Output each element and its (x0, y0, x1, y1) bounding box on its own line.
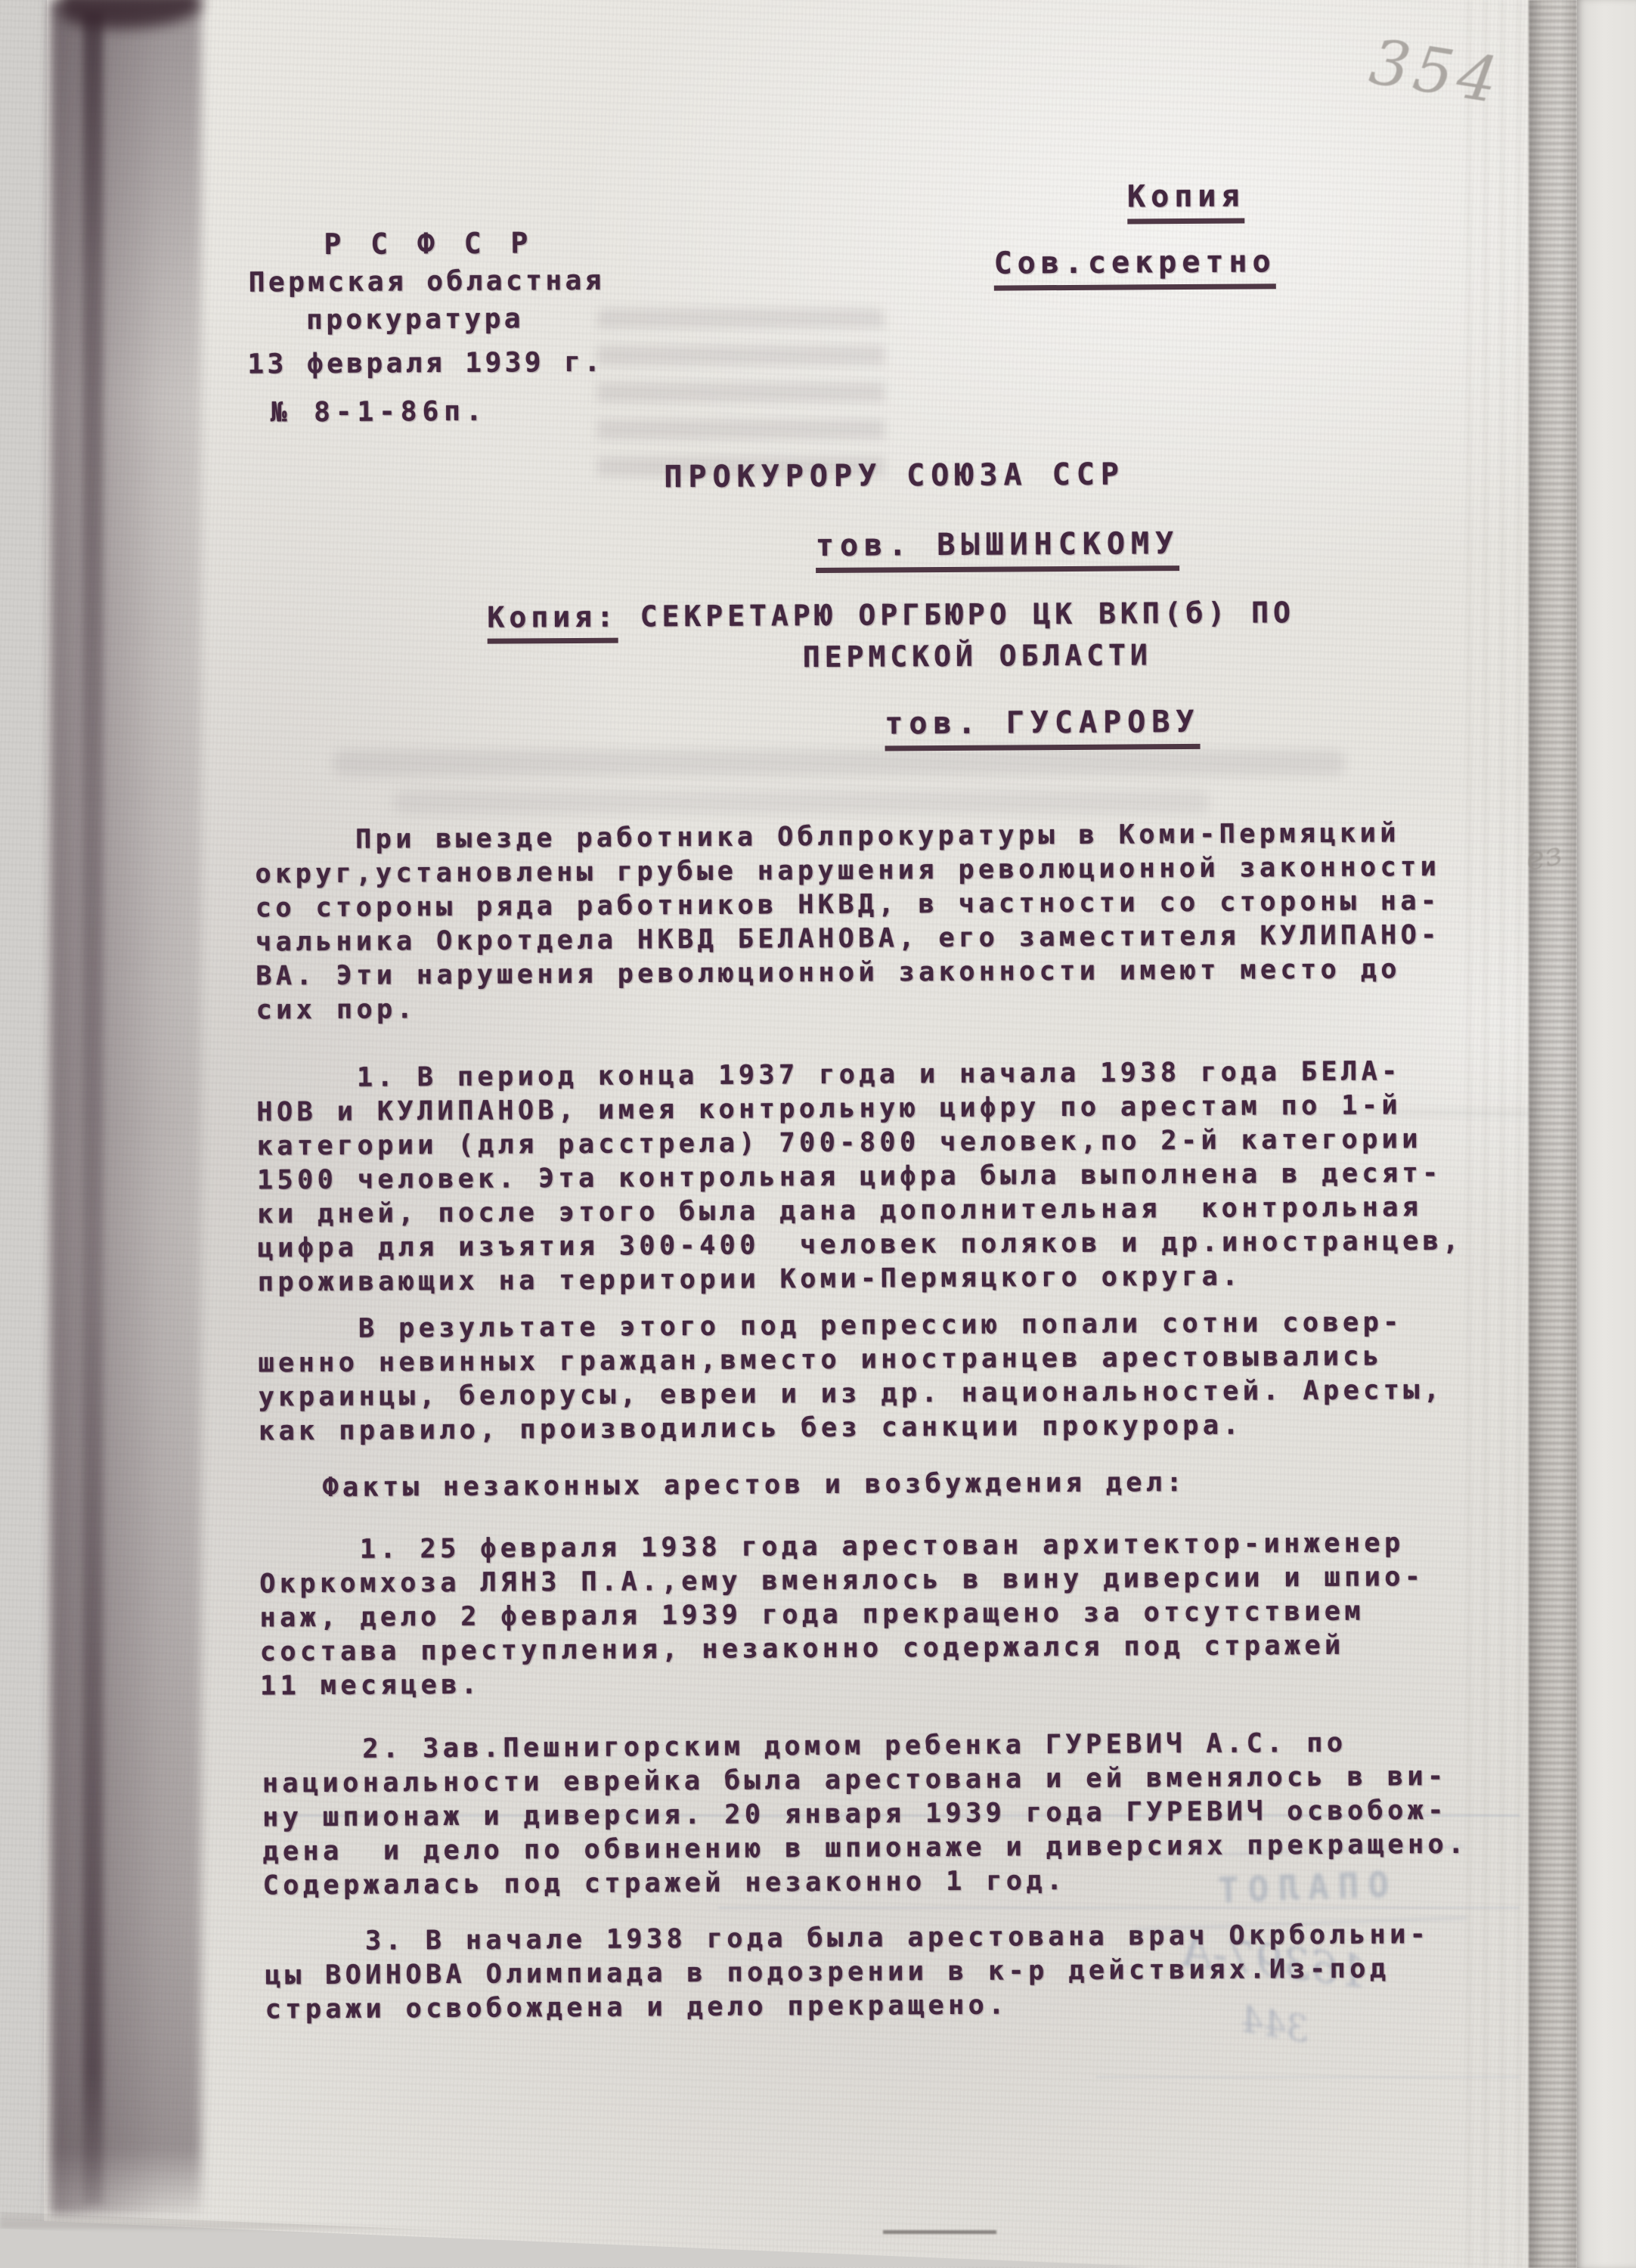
paragraph-intro: При выезде работника Облпрокуратуры в Ко… (255, 816, 1496, 1028)
copy-marking: Копия (1127, 181, 1245, 212)
paragraph-case-gurevich: 2. Зав.Пешнигорским домом ребенка ГУРЕВИ… (262, 1726, 1502, 1904)
paragraph-quotas: 1. В период конца 1937 года и начала 193… (256, 1055, 1498, 1300)
addressee-gusarov: тов. ГУСАРОВУ (885, 707, 1200, 739)
paragraph-case-lyanz: 1. 25 февраля 1938 года арестован архите… (259, 1526, 1500, 1704)
scanned-document-page: ОПАЛОТ 16397-А 344 354 ез Копия Сов.секр… (0, 0, 1636, 2268)
copy-addressee-org: СЕКРЕТАРЮ ОРГБЮРО ЦК ВКП(б) ПО (618, 596, 1295, 633)
paragraph-case-voinova: 3. В начале 1938 года была арестована вр… (265, 1917, 1505, 2027)
copy-label: Копия: (487, 600, 618, 644)
copy-addressee-line2: ПЕРМСКОЙ ОБЛАСТИ (803, 640, 1152, 671)
letterhead-republic: Р С Ф С Р (324, 228, 534, 259)
addressee-prefix: тов. (885, 705, 1006, 741)
paragraph-repressions: В результате этого под репрессию попали … (258, 1306, 1498, 1449)
letterhead-org-line2: прокуратура (306, 305, 524, 334)
addressee-name: ГУСАРОВУ (1006, 705, 1201, 741)
secrecy-marking-text: Сов.секретно (993, 244, 1275, 290)
secrecy-marking: Сов.секретно (994, 246, 1276, 278)
addressee-title: ПРОКУРОРУ СОЮЗА ССР (664, 460, 1125, 493)
addressee-vyshinsky: тов. ВЫШИНСКОМУ (816, 528, 1179, 561)
addressee-gusarov-text: тов. ГУСАРОВУ (885, 705, 1200, 751)
letterhead-doc-number: № 8-1-86п. (271, 398, 488, 427)
letterhead-org-line1: Пермская областная (249, 268, 605, 297)
copy-addressee-line1: Копия: СЕКРЕТАРЮ ОРГБЮРО ЦК ВКП(б) ПО (487, 598, 1295, 632)
addressee-prefix: тов. (816, 528, 937, 563)
facts-heading: Факты незаконных арестов и возбуждения д… (322, 1464, 1562, 1505)
addressee-name: ВЫШИНСКОМУ (937, 526, 1179, 562)
typewritten-content: Копия Сов.секретно Р С Ф С Р Пермская об… (0, 0, 1636, 2268)
addressee-vyshinsky-text: тов. ВЫШИНСКОМУ (816, 526, 1180, 573)
letterhead-date: 13 февраля 1939 г. (247, 349, 603, 379)
copy-marking-text: Копия (1127, 179, 1245, 225)
